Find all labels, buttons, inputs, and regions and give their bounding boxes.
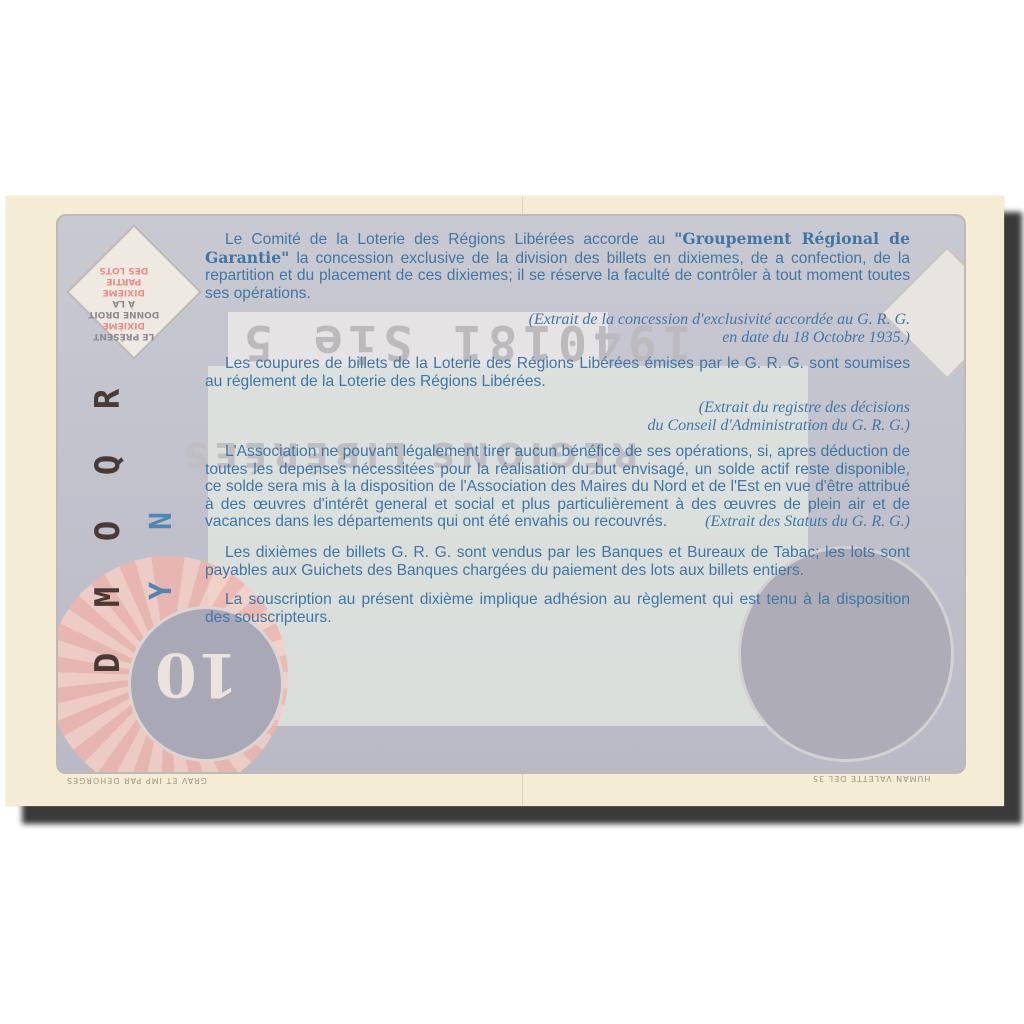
paragraph-vente: Les dixièmes de billets G. R. G. sont ve… [205,544,910,579]
paragraph-coupures: Les coupures de billets de la Loterie de… [205,355,910,390]
diamond-stamp-text: LE PRÉSENT DIXIÈME DONNE DROIT À LA DIXI… [84,264,164,341]
terms-text: Le Comité de la Loterie des Régions Libé… [205,230,910,635]
citation-registre: (Extrait du registre des décisions du Co… [205,399,910,434]
series-letters-dark: R Q O M D [88,366,128,696]
diamond-stamp-left: LE PRÉSENT DIXIÈME DONNE DROIT À LA DIXI… [66,224,202,360]
citation-concession: (Extrait de la concession d'exclusivité … [205,311,910,346]
printer-imprint: GRAV ET IMP PAR DEHORGES [66,776,207,785]
paragraph-concession: Le Comité de la Loterie des Régions Libé… [205,230,910,302]
medallion-value: 10 [155,639,239,709]
series-letters-blue: N Y [142,486,182,626]
paragraph-souscription: La souscription au présent dixième impli… [205,591,910,626]
engraver-imprint: HUMAN VALETTE DEL 35 [812,774,930,783]
